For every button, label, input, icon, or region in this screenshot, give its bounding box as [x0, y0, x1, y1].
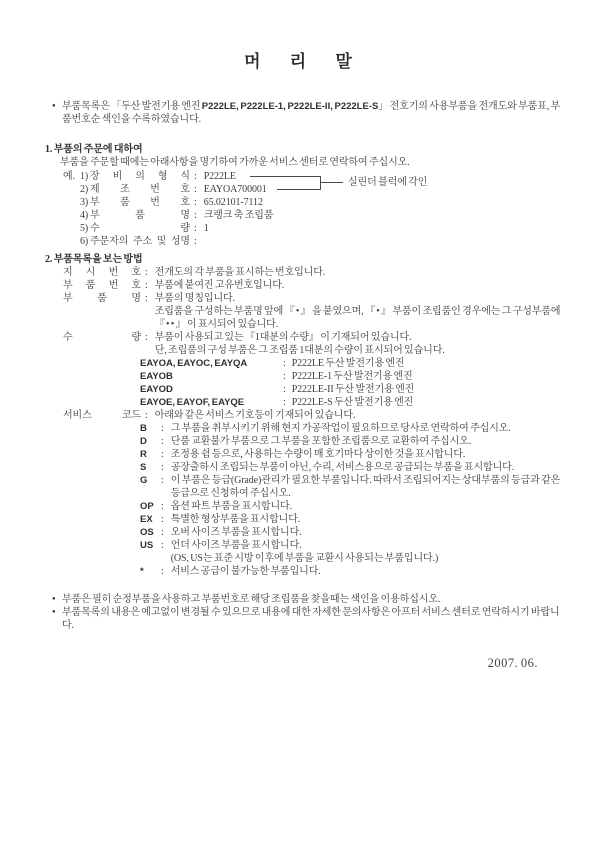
order-example-row: 6) 주문자의 주소 및 성명 :	[63, 235, 596, 248]
footer-notes: ● 부품은 필히 순정부품을 사용하고 부품번호로 해당 조립품을 찾을때는 색…	[0, 593, 596, 632]
service-code-row: * : 서비스 공급이 불가능한 부품입니다.	[140, 565, 566, 578]
colon-separator: :	[161, 422, 171, 435]
colon-separator: :	[141, 409, 155, 422]
example-prefix: 예.	[63, 170, 80, 183]
colon-separator: :	[141, 266, 155, 279]
example-row-label: 부 품 번 호	[90, 196, 190, 209]
example-prefix-spacer	[63, 209, 80, 222]
engine-model-codes: EAYOA, EAYOC, EAYQA	[140, 357, 283, 370]
legend-label: 부 품 번 호	[63, 279, 141, 292]
service-code-desc: 그 부품을 취부시키기 위해 현지 가공작업이 필요하므로 당사로 연락하여 주…	[171, 422, 566, 435]
service-code-desc: 언더 사이즈 부품을 표시합니다. (OS, US는 표준 시방 이후에 부품을…	[171, 539, 566, 565]
example-prefix-spacer	[63, 196, 80, 209]
engine-model-desc: P222LE-S 두산 발전기용 엔진	[292, 396, 414, 409]
section1-intro: 부품을 주문할 때에는 아래사항을 명기하여 가까운 서비스 센터로 연락하여 …	[60, 156, 566, 169]
intro-model-codes: P222LE, P222LE-1, P222LE-II, P222LE-S	[202, 101, 379, 112]
legend-desc-line: 부품이 사용되고 있는 『1대분의 수량』 이 기재되어 있습니다.	[155, 331, 566, 344]
example-row-number: 4)	[80, 209, 90, 222]
service-code-row: R : 조정용 쉼 등으로, 사용하는 수량이 매 호기마다 상이한 것을 표시…	[140, 448, 566, 461]
engine-model-desc: P222LE-1 두산 발전기용 엔진	[292, 370, 413, 383]
order-example-row: 3) 부 품 번 호 : 65.02101-7112	[63, 196, 596, 209]
callout-bracket-top-line	[250, 176, 321, 177]
legend-desc: 아래와 같은 서비스 기호등이 기재되어 있습니다.	[155, 409, 566, 422]
example-row-number: 2)	[80, 183, 90, 196]
colon-separator: :	[190, 170, 204, 183]
service-code: OS	[140, 526, 161, 539]
colon-separator: :	[190, 222, 204, 235]
footer-bullet-text: 부품목록의 내용은 예고없이 변경될 수 있으므로 내용에 대한 자세한 문의사…	[62, 606, 566, 632]
colon-separator: :	[283, 396, 292, 409]
footer-bullet: ● 부품목록의 내용은 예고없이 변경될 수 있으므로 내용에 대한 자세한 문…	[52, 606, 566, 632]
intro-bullet-text: 부품목록은 「두산 발전기용 엔진 P222LE, P222LE-1, P222…	[62, 100, 566, 126]
colon-separator: :	[141, 292, 155, 331]
colon-separator: :	[161, 539, 171, 565]
example-row-value: P222LE	[204, 170, 236, 183]
example-row-number: 3)	[80, 196, 90, 209]
service-code-row: US : 언더 사이즈 부품을 표시합니다. (OS, US는 표준 시방 이후…	[140, 539, 566, 565]
legend-label: 부 품 명	[63, 292, 141, 331]
service-code-desc-line: 언더 사이즈 부품을 표시합니다.	[171, 539, 566, 552]
order-example-row: 5) 수 량 : 1	[63, 222, 596, 235]
example-row-number: 6)	[80, 235, 90, 248]
example-row-number: 1)	[80, 170, 90, 183]
bullet-icon: ●	[52, 593, 62, 606]
service-code: S	[140, 461, 161, 474]
service-code-row: EX : 특별한 형상부품을 표시합니다.	[140, 513, 566, 526]
colon-separator: :	[283, 357, 292, 370]
engine-model-desc: P222LE-II 두산 발전기용 엔진	[292, 383, 415, 396]
colon-separator: :	[190, 183, 204, 196]
bullet-icon: ●	[52, 100, 62, 126]
callout-label: 실린더 블럭에 각인	[348, 176, 427, 189]
example-row-value: EAYOA700001	[204, 183, 267, 196]
service-code-list: B : 그 부품을 취부시키기 위해 현지 가공작업이 필요하므로 당사로 연락…	[140, 422, 566, 578]
colon-separator: :	[190, 235, 204, 248]
service-code-row: OS : 오버 사이즈 부품을 표시합니다.	[140, 526, 566, 539]
page-title: 머 리 말	[0, 52, 596, 72]
engine-model-row: EAYOD : P222LE-II 두산 발전기용 엔진	[140, 383, 596, 396]
example-row-value: 65.02101-7112	[204, 196, 263, 209]
service-code-row: S : 공장출하시 조립되는 부품이 아닌, 수리, 서비스용으로 공급되는 부…	[140, 461, 566, 474]
publication-date: 2007. 06.	[0, 655, 596, 671]
colon-separator: :	[190, 196, 204, 209]
service-code: G	[140, 474, 161, 500]
footer-bullet-text: 부품은 필히 순정부품을 사용하고 부품번호로 해당 조립품을 찾을때는 색인을…	[62, 593, 566, 606]
footer-bullet: ● 부품은 필히 순정부품을 사용하고 부품번호로 해당 조립품을 찾을때는 색…	[52, 593, 566, 606]
legend-label: 서비스 코드	[63, 409, 141, 422]
colon-separator: :	[161, 500, 171, 513]
service-code-row: B : 그 부품을 취부시키기 위해 현지 가공작업이 필요하므로 당사로 연락…	[140, 422, 566, 435]
legend-label: 수 량	[63, 331, 141, 357]
legend-desc-line: 단, 조립품의 구성 부품은 그 조립품 1대분의 수량이 표시되어 있습니다.	[155, 344, 566, 357]
service-code-desc: 옵션 파트 부품을 표시합니다.	[171, 500, 566, 513]
legend-desc-line: 부품의 명칭입니다.	[155, 292, 566, 305]
service-code-row: OP : 옵션 파트 부품을 표시합니다.	[140, 500, 566, 513]
example-prefix-spacer	[63, 235, 80, 248]
service-code: D	[140, 435, 161, 448]
legend-desc: 전개도의 각 부품을 표시하는 번호입니다.	[155, 266, 566, 279]
service-code-desc: 공장출하시 조립되는 부품이 아닌, 수리, 서비스용으로 공급되는 부품을 표…	[171, 461, 566, 474]
colon-separator: :	[161, 565, 171, 578]
legend-row-service-code: 서비스 코드 : 아래와 같은 서비스 기호등이 기재되어 있습니다.	[63, 409, 566, 422]
legend-row: 부 품 명 : 부품의 명칭입니다. 조립품을 구성하는 부품명 앞에 『 • …	[63, 292, 566, 331]
engine-model-codes: EAYOB	[140, 370, 283, 383]
colon-separator: :	[161, 513, 171, 526]
colon-separator: :	[161, 474, 171, 500]
legend-label: 지 시 번 호	[63, 266, 141, 279]
engine-model-row: EAYOA, EAYOC, EAYQA : P222LE 두산 발전기용 엔진	[140, 357, 596, 370]
bullet-icon: ●	[52, 606, 62, 632]
order-example-row: 2) 제 조 번 호 : EAYOA700001	[63, 183, 596, 196]
intro-bullet: ● 부품목록은 「두산 발전기용 엔진 P222LE, P222LE-1, P2…	[52, 100, 566, 126]
service-code: EX	[140, 513, 161, 526]
colon-separator: :	[141, 331, 155, 357]
engine-model-row: EAYOE, EAYOF, EAYQE : P222LE-S 두산 발전기용 엔…	[140, 396, 596, 409]
callout-bracket-tick	[321, 182, 343, 183]
callout-bracket-vertical-line	[320, 176, 321, 190]
colon-separator: :	[161, 461, 171, 474]
legend-desc-line: 부품에 붙여진 고유번호입니다.	[155, 279, 566, 292]
engine-model-desc: P222LE 두산 발전기용 엔진	[292, 357, 405, 370]
legend-row: 지 시 번 호 : 전개도의 각 부품을 표시하는 번호입니다.	[63, 266, 566, 279]
colon-separator: :	[190, 209, 204, 222]
engine-model-codes: EAYOD	[140, 383, 283, 396]
engine-model-list: EAYOA, EAYOC, EAYQA : P222LE 두산 발전기용 엔진 …	[140, 357, 596, 409]
service-code-desc: 서비스 공급이 불가능한 부품입니다.	[171, 565, 566, 578]
colon-separator: :	[283, 383, 292, 396]
document-page: 머 리 말 ● 부품목록은 「두산 발전기용 엔진 P222LE, P222LE…	[0, 0, 596, 842]
service-code-row: G : 이 부품은 등급(Grade)관리가 필요한 부품입니다. 따라서 조립…	[140, 474, 566, 500]
colon-separator: :	[161, 448, 171, 461]
service-code-note: (OS, US는 표준 시방 이후에 부품을 교환시 사용되는 부품입니다.)	[171, 552, 566, 565]
service-code: OP	[140, 500, 161, 513]
example-row-value: 1	[204, 222, 209, 235]
example-row-label: 주문자의 주소 및 성명	[90, 235, 190, 248]
service-code: US	[140, 539, 161, 565]
legend-desc: 부품의 명칭입니다. 조립품을 구성하는 부품명 앞에 『 • 』 을 붙였으며…	[155, 292, 566, 331]
example-row-number: 5)	[80, 222, 90, 235]
colon-separator: :	[141, 279, 155, 292]
example-row-label: 수 량	[90, 222, 190, 235]
service-code: *	[140, 565, 161, 578]
service-code: R	[140, 448, 161, 461]
legend-desc-line: 아래와 같은 서비스 기호등이 기재되어 있습니다.	[155, 409, 566, 422]
colon-separator: :	[161, 526, 171, 539]
service-code-desc: 오버 사이즈 부품을 표시합니다.	[171, 526, 566, 539]
legend-desc-line: 조립품을 구성하는 부품명 앞에 『 • 』 을 붙였으며, 『 • 』 부품이…	[155, 305, 566, 331]
engine-model-row: EAYOB : P222LE-1 두산 발전기용 엔진	[140, 370, 596, 383]
legend-row: 수 량 : 부품이 사용되고 있는 『1대분의 수량』 이 기재되어 있습니다.…	[63, 331, 566, 357]
intro-pre: 부품목록은 「두산 발전기용 엔진	[62, 101, 202, 112]
example-prefix-spacer	[63, 222, 80, 235]
service-code-desc: 조정용 쉼 등으로, 사용하는 수량이 매 호기마다 상이한 것을 표시합니다.	[171, 448, 566, 461]
callout-bracket-bottom-line	[277, 189, 321, 190]
legend-desc-line: 전개도의 각 부품을 표시하는 번호입니다.	[155, 266, 566, 279]
colon-separator: :	[283, 370, 292, 383]
service-code: B	[140, 422, 161, 435]
section2-heading: 2. 부품목록을 보는 방법	[45, 253, 596, 266]
example-row-label: 부 품 명	[90, 209, 190, 222]
legend-row: 부 품 번 호 : 부품에 붙여진 고유번호입니다.	[63, 279, 566, 292]
example-row-label: 장 비 의 형 식	[90, 170, 190, 183]
section1-heading: 1. 부품의 주문에 대하여	[45, 143, 596, 156]
service-code-row: D : 단품 교환불가 부품으로 그 부품을 포함한 조립품으로 교환하여 주십…	[140, 435, 566, 448]
service-code-desc: 특별한 형상부품을 표시합니다.	[171, 513, 566, 526]
legend-desc: 부품에 붙여진 고유번호입니다.	[155, 279, 566, 292]
example-row-value: 크랭크 축 조립품	[204, 209, 274, 222]
order-example-row: 4) 부 품 명 : 크랭크 축 조립품	[63, 209, 596, 222]
engine-model-codes: EAYOE, EAYOF, EAYQE	[140, 396, 283, 409]
service-code-desc: 이 부품은 등급(Grade)관리가 필요한 부품입니다. 따라서 조립되어지는…	[171, 474, 566, 500]
example-row-label: 제 조 번 호	[90, 183, 190, 196]
colon-separator: :	[161, 435, 171, 448]
example-prefix-spacer	[63, 183, 80, 196]
service-code-desc: 단품 교환불가 부품으로 그 부품을 포함한 조립품으로 교환하여 주십시오.	[171, 435, 566, 448]
legend-desc: 부품이 사용되고 있는 『1대분의 수량』 이 기재되어 있습니다. 단, 조립…	[155, 331, 566, 357]
